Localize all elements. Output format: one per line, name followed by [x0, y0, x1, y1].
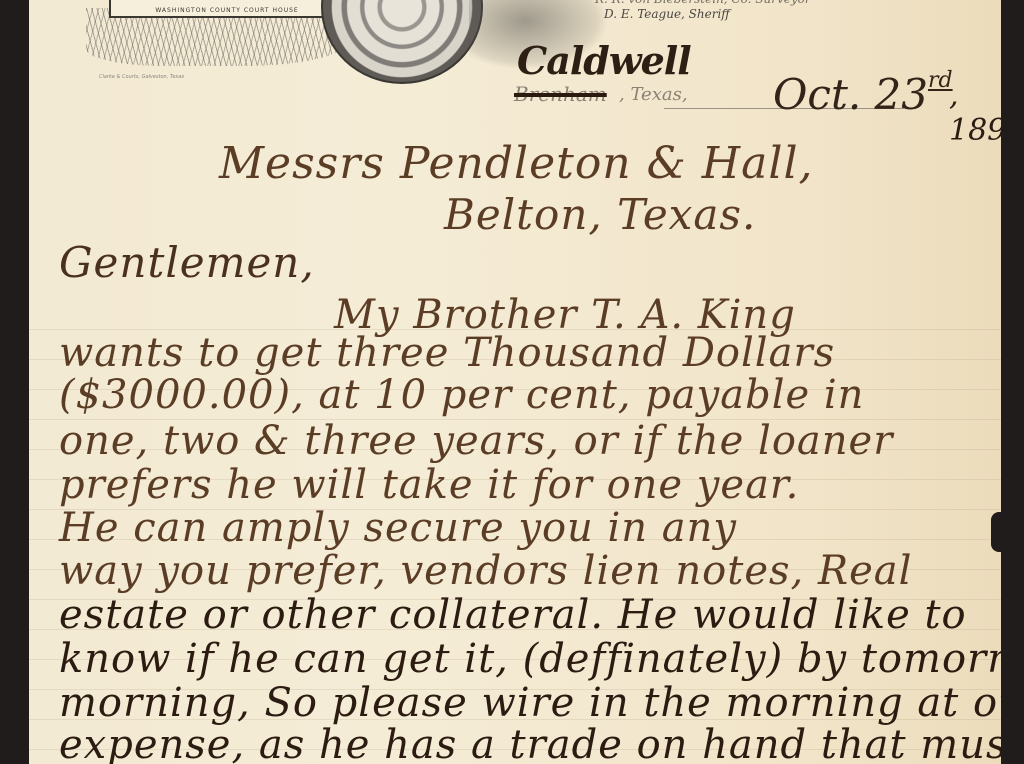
scan-backdrop-right — [1001, 0, 1024, 764]
body-line: one, two & three years, or if the loaner — [59, 418, 893, 464]
body-line: expense, as he has a trade on hand that … — [59, 722, 1001, 764]
body-line: way you prefer, vendors lien notes, Real — [59, 548, 912, 594]
addressee-line-2: Belton, Texas. — [444, 190, 756, 239]
date-month-day: Oct. 23 — [773, 70, 928, 119]
letterhead-caption: WASHINGTON COUNTY COURT HOUSE — [111, 7, 343, 14]
place-state: , Texas, — [619, 84, 688, 105]
body-line: ($3000.00), at 10 per cent, payable in — [59, 372, 864, 418]
torn-edge — [991, 512, 1001, 552]
salutation: Gentlemen, — [59, 238, 315, 287]
place-printed-struck: Brenham — [514, 82, 607, 106]
letter-year: , 1891. — [949, 78, 1001, 148]
engraver-credit: Clarke & Courts, Galveston, Texas — [99, 74, 184, 80]
body-line: morning, So please wire in the morning a… — [59, 680, 1001, 726]
letter-page: WASHINGTON COUNTY COURT HOUSE Clarke & C… — [29, 0, 1001, 764]
letterhead-well-engraving — [321, 0, 483, 84]
scan-backdrop-left — [0, 0, 30, 764]
body-line: know if he can get it, (deffinately) by … — [59, 636, 1001, 682]
letter-date: Oct. 23rd — [773, 68, 953, 119]
body-line: estate or other collateral. He would lik… — [59, 592, 967, 638]
body-line: prefers he will take it for one year. — [59, 462, 799, 508]
letterhead-banner: WASHINGTON COUNTY COURT HOUSE — [109, 0, 345, 18]
officer-surveyor: R. R. von Bieberstein, Co. Surveyor — [595, 0, 811, 6]
addressee-line-1: Messrs Pendleton & Hall, — [219, 138, 814, 189]
body-line: wants to get three Thousand Dollars — [59, 330, 835, 376]
body-line: He can amply secure you in any — [59, 505, 737, 551]
officer-sheriff: D. E. Teague, Sheriff — [604, 7, 730, 21]
place-handwritten: Caldwell — [517, 38, 691, 83]
